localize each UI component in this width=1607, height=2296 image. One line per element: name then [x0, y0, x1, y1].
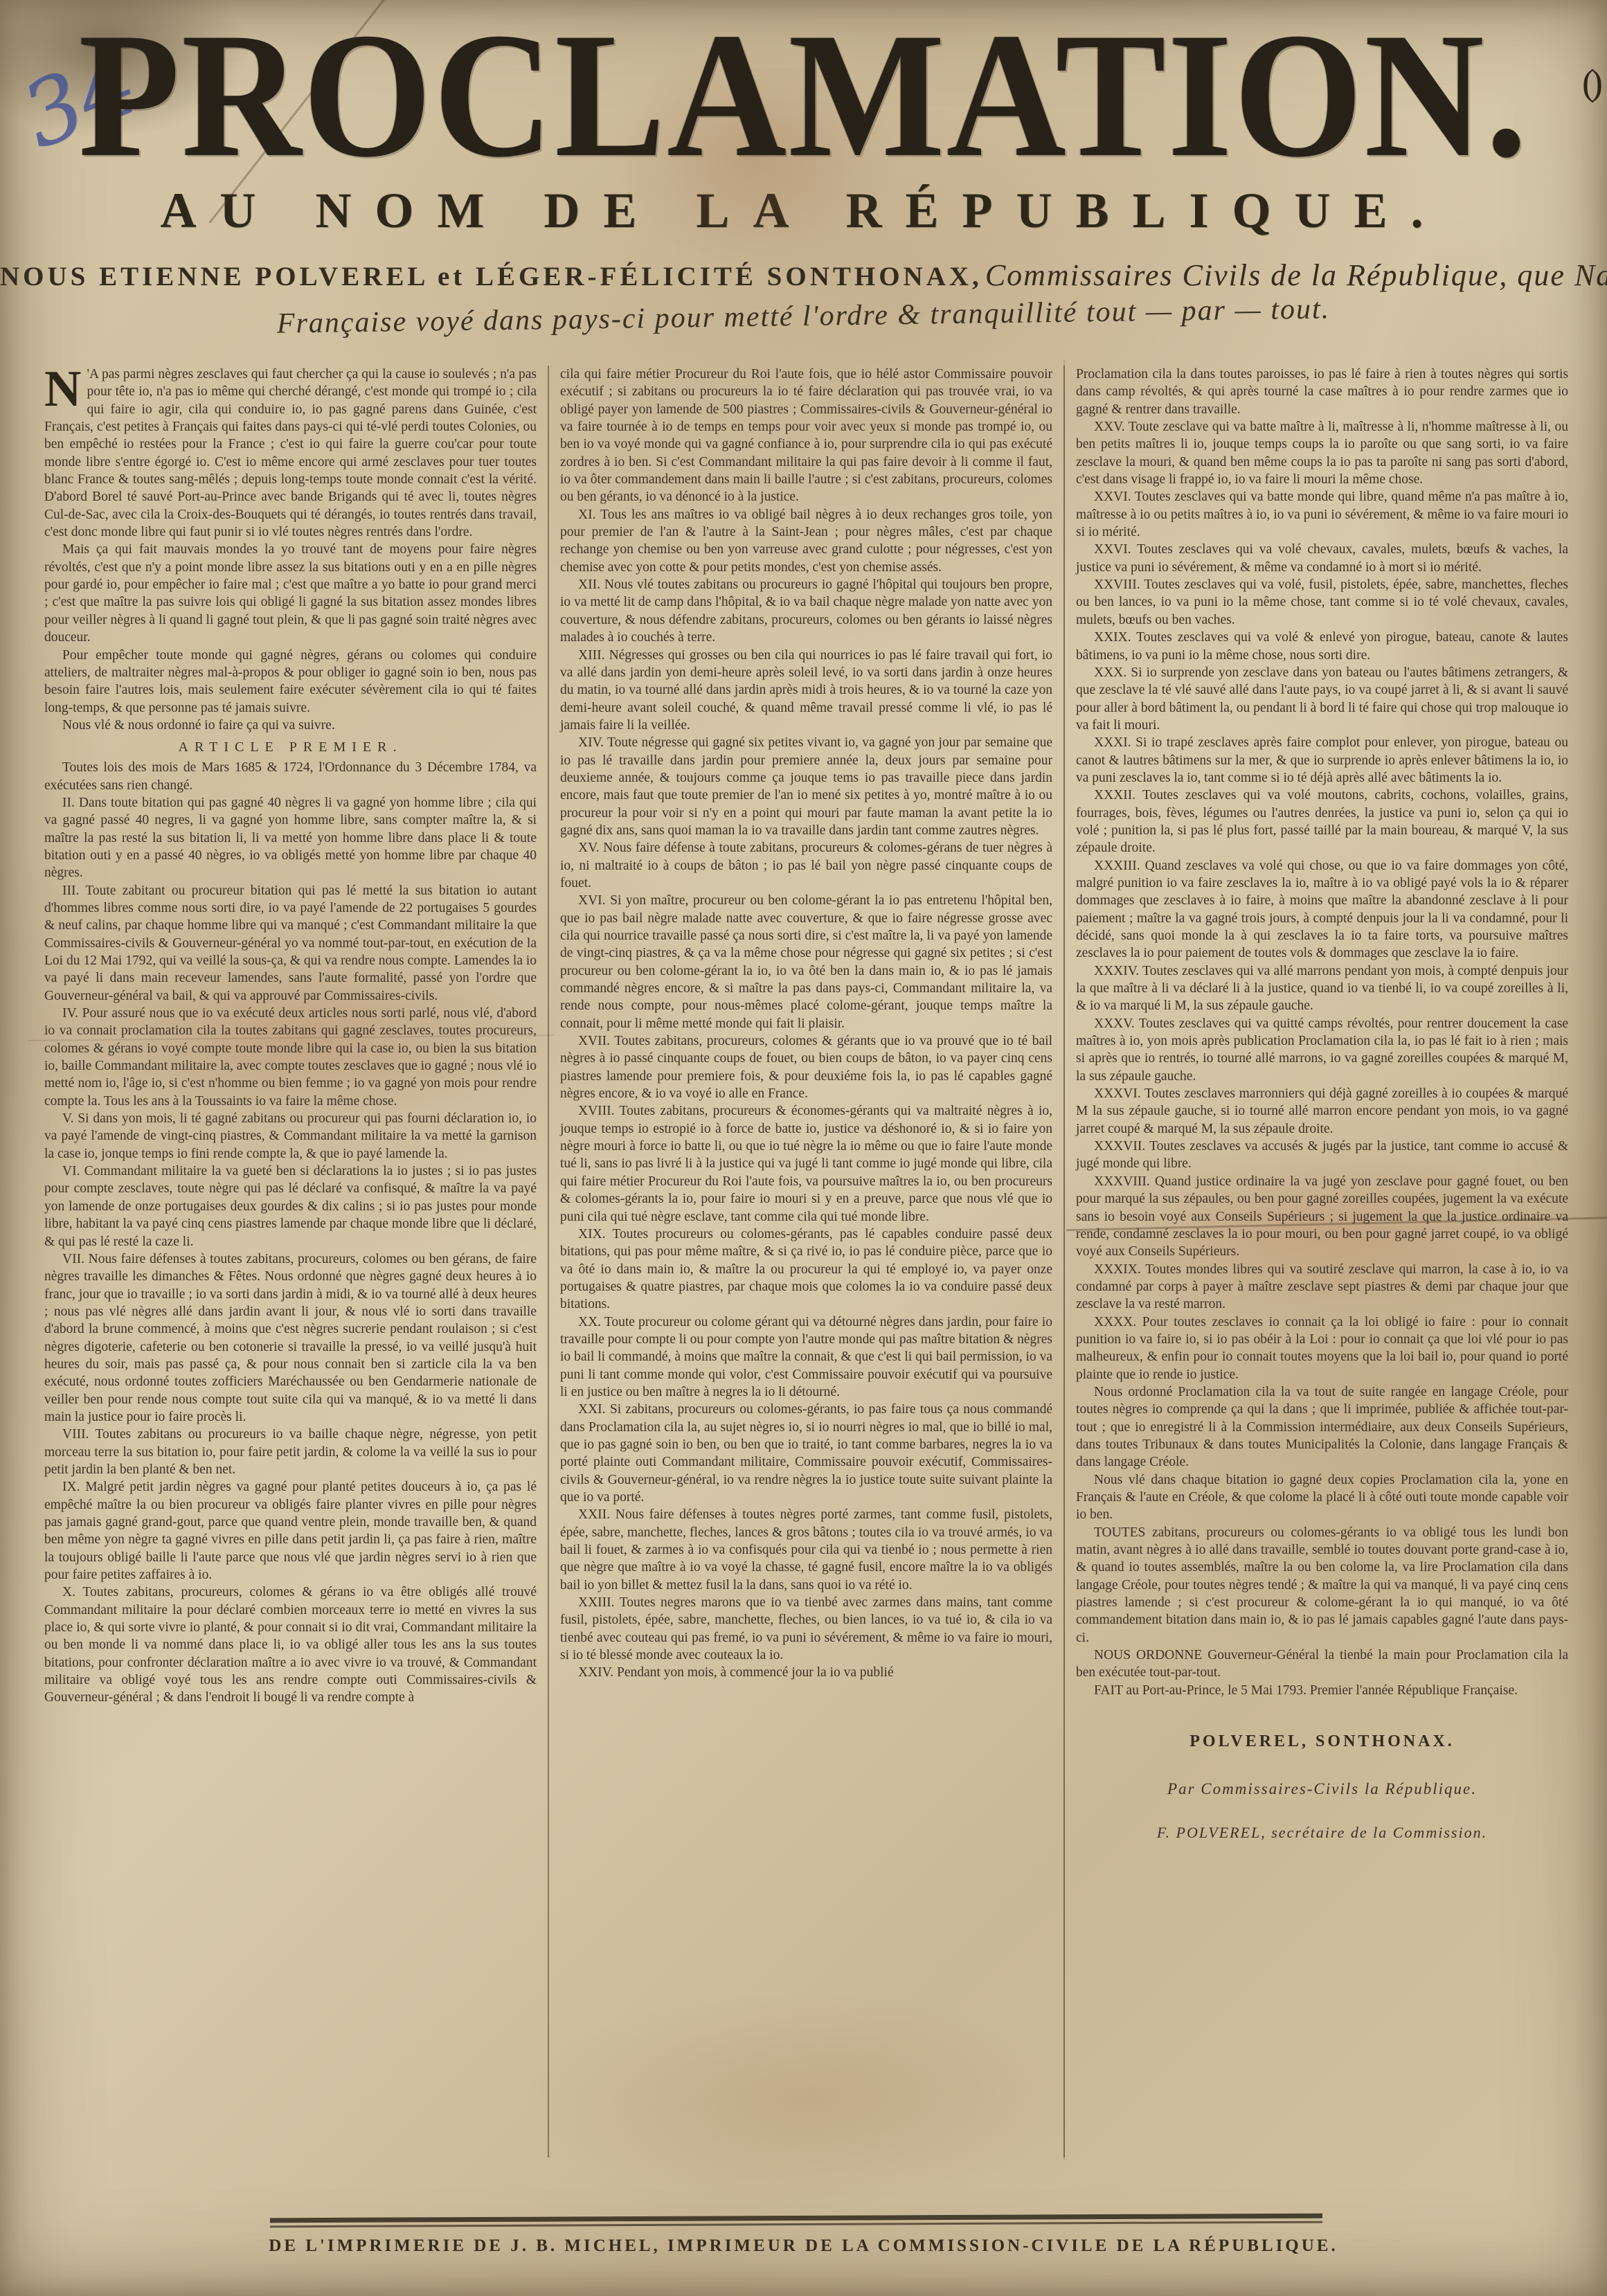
paragraph: XXXI. Si io trapé zesclaves après faire …: [1076, 734, 1568, 787]
paragraph: TOUTES zabitans, procureurs ou colomes-g…: [1076, 1524, 1568, 1647]
paragraph: IV. Pour assuré nous que io va exécuté d…: [44, 1005, 537, 1110]
paragraph: XIV. Toute négresse qui gagné six petite…: [560, 734, 1052, 839]
drop-cap-initial: N: [44, 366, 87, 410]
paragraph: XXIII. Toutes negres marons que io va ti…: [560, 1594, 1052, 1664]
paragraph: N'A pas parmi nègres zesclaves qui faut …: [44, 366, 537, 541]
paragraph: XV. Nous faire défense à toute zabitans,…: [560, 839, 1052, 892]
paragraph: XXXIX. Toutes mondes libres qui va souti…: [1076, 1261, 1568, 1313]
signature-line: F. POLVEREL, secrétaire de la Commission…: [1076, 1823, 1568, 1843]
paragraph: FAIT au Port-au-Prince, le 5 Mai 1793. P…: [1076, 1682, 1568, 1699]
signature-line: Par Commissaires-Civils la République.: [1076, 1779, 1568, 1800]
commissioners-names: NOUS ETIENNE POLVEREL et LÉGER-FÉLICITÉ …: [0, 262, 982, 292]
printer-imprint: DE L'IMPRIMERIE DE J. B. MICHEL, IMPRIME…: [0, 2236, 1607, 2256]
paragraph: IX. Malgré petit jardin nègres va gagné …: [44, 1478, 537, 1584]
paragraph: XXI. Si zabitans, procureurs ou colomes-…: [560, 1401, 1052, 1506]
paragraph: Mais ça qui fait mauvais mondes la yo tr…: [44, 541, 537, 646]
preamble-line-2: Française voyé dans pays-ci pour metté l…: [0, 288, 1607, 343]
column-3: Proclamation cila la dans toutes paroiss…: [1063, 366, 1579, 2158]
paragraph: XII. Nous vlé toutes zabitans ou procure…: [560, 576, 1052, 646]
title-row: 34 PROCLAMATION. (): [0, 0, 1607, 156]
paragraph: XXXV. Toutes zesclaves qui va quitté cam…: [1076, 1015, 1568, 1085]
paragraph: XIX. Toutes procureurs ou colomes-gérant…: [560, 1226, 1052, 1313]
paragraph: Pour empêcher toute monde qui gagné nègr…: [44, 647, 537, 717]
paragraph: VI. Commandant militaire la va gueté ben…: [44, 1163, 537, 1250]
paragraph: Nous vlé & nous ordonné io faire ça qui …: [44, 717, 537, 734]
paragraph: cila qui faire métier Procureur du Roi l…: [560, 366, 1052, 506]
paragraph: XXXIII. Quand zesclaves va volé qui chos…: [1076, 857, 1568, 962]
preamble-line-1: NOUS ETIENNE POLVEREL et LÉGER-FÉLICITÉ …: [0, 258, 1607, 293]
page-title: PROCLAMATION.: [78, 1, 1528, 190]
paragraph: XVI. Si yon maître, procureur ou ben col…: [560, 892, 1052, 1032]
title-end-mark: (): [1582, 61, 1599, 104]
paragraph: II. Dans toute bitation qui pas gagné 40…: [44, 794, 537, 882]
paragraph: XX. Toute procureur ou colome gérant qui…: [560, 1313, 1052, 1401]
column-2: cila qui faire métier Procureur du Roi l…: [548, 366, 1063, 2158]
paragraph: XIII. Négresses qui grosses ou ben cila …: [560, 647, 1052, 735]
proclamation-broadside: 34 PROCLAMATION. () AU NOM DE LA RÉPUBLI…: [0, 0, 1607, 2296]
paragraph: XXVI. Toutes zesclaves qui va volé cheva…: [1076, 541, 1568, 576]
paragraph: VIII. Toutes zabitans ou procureurs io v…: [44, 1426, 537, 1478]
article-heading: ARTICLE PREMIER.: [44, 738, 537, 756]
column-1: N'A pas parmi nègres zesclaves qui faut …: [33, 366, 548, 2158]
paragraph: VII. Nous faire défenses à toutes zabita…: [44, 1250, 537, 1426]
paragraph: XVII. Toutes zabitans, procureurs, colom…: [560, 1032, 1052, 1102]
paragraph: XXXX. Pour toutes zesclaves io connait ç…: [1076, 1313, 1568, 1383]
text-columns: N'A pas parmi nègres zesclaves qui faut …: [33, 366, 1579, 2158]
footer-rule: [270, 2214, 1322, 2228]
paragraph: XXVI. Toutes zesclaves qui va batte mond…: [1076, 488, 1568, 541]
paragraph: XXX. Si io surprende yon zesclave dans y…: [1076, 664, 1568, 734]
paragraph: XXXVI. Toutes zesclaves marronniers qui …: [1076, 1085, 1568, 1138]
paragraph: XXIX. Toutes zesclaves qui va volé & enl…: [1076, 629, 1568, 664]
paragraph: XXXII. Toutes zesclaves qui va volé mout…: [1076, 787, 1568, 856]
preamble-script-part: Commissaires Civils de la République, qu…: [985, 258, 1607, 292]
paragraph: Nous vlé dans chaque bitation io gagné d…: [1076, 1471, 1568, 1524]
paragraph: XXII. Nous faire défenses à toutes nègre…: [560, 1506, 1052, 1594]
paragraph: X. Toutes zabitans, procureurs, colomes …: [44, 1584, 537, 1706]
paragraph: XXXVIII. Quand justice ordinaire la va j…: [1076, 1173, 1568, 1261]
paragraph: NOUS ORDONNE Gouverneur-Général la tienb…: [1076, 1647, 1568, 1682]
paragraph: XI. Tous les ans maîtres io va obligé ba…: [560, 506, 1052, 576]
paragraph: Proclamation cila la dans toutes paroiss…: [1076, 366, 1568, 418]
paragraph: Nous ordonné Proclamation cila la va tou…: [1076, 1383, 1568, 1471]
paragraph: Toutes lois des mois de Mars 1685 & 1724…: [44, 759, 537, 794]
footer: DE L'IMPRIMERIE DE J. B. MICHEL, IMPRIME…: [0, 2216, 1607, 2256]
paragraph: XXXIV. Toutes zesclaves qui va allé marr…: [1076, 962, 1568, 1015]
paragraph: XXIV. Pendant yon mois, à commencé jour …: [560, 1664, 1052, 1681]
paragraph: III. Toute zabitant ou procureur bitatio…: [44, 882, 537, 1005]
signature-line: POLVEREL, SONTHONAX.: [1076, 1731, 1568, 1752]
paragraph: XXV. Toute zesclave qui va batte maître …: [1076, 418, 1568, 488]
paragraph: XXXVII. Toutes zesclaves va accusés & ju…: [1076, 1138, 1568, 1173]
paragraph: XVIII. Toutes zabitans, procureurs & éco…: [560, 1102, 1052, 1225]
paragraph: XXVIII. Toutes zesclaves qui va volé, fu…: [1076, 576, 1568, 629]
paragraph: V. Si dans yon mois, li té gagné zabitan…: [44, 1110, 537, 1163]
